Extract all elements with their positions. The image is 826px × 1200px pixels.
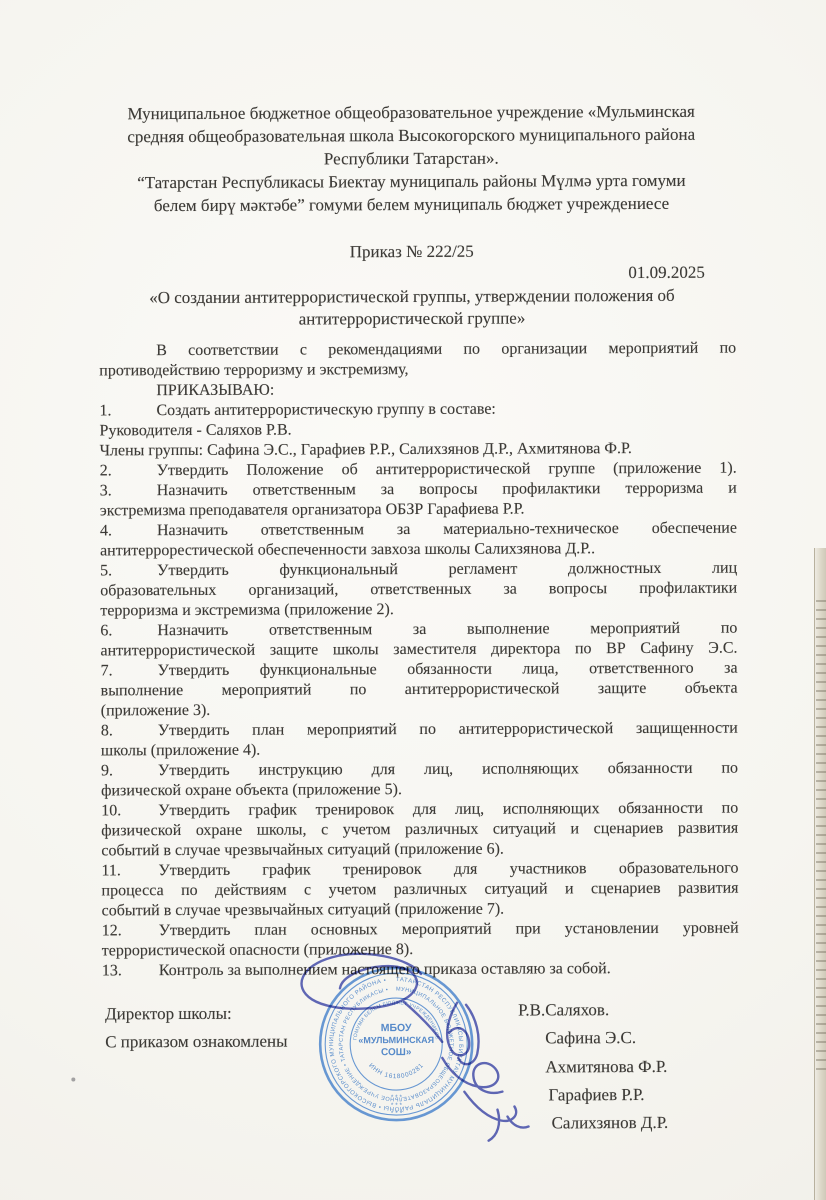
body-line: ПРИКАЗЫВАЮ: <box>99 379 736 402</box>
body-line: физической охране школы, с учетом различ… <box>101 819 738 842</box>
line-text: (приложение 3). <box>101 702 211 719</box>
line-text: Утвердить график тренировок для участник… <box>158 860 738 880</box>
header-line: Республики Татарстан». <box>63 145 759 171</box>
body-line: 3.Назначить ответственным за вопросы про… <box>100 479 737 502</box>
line-text: антитеррорестической обеспеченности завх… <box>100 540 595 559</box>
stamp-inn-text: ИНН 1618000281 <box>367 1062 425 1081</box>
acknowledged-name: Салихзянов Д.Р. <box>552 1113 669 1134</box>
line-text: ПРИКАЗЫВАЮ: <box>156 382 274 400</box>
subject-line: «О создании антитеррористической группы,… <box>64 284 760 309</box>
line-text: Утвердить Положение об антитеррористичес… <box>157 460 737 480</box>
body-line: террористической опасности (приложение 8… <box>102 939 739 962</box>
line-text: Назначить ответственным за вопросы профи… <box>157 480 737 500</box>
body-line: антитеррорестической обеспеченности завх… <box>100 539 737 562</box>
body-line: 10.Утвердить график тренировок для лиц, … <box>101 799 738 822</box>
acknowledged-name: Сафина Э.С. <box>545 1028 636 1048</box>
line-text: Утвердить функциональный регламент должн… <box>157 560 737 580</box>
order-date: 01.09.2025 <box>628 263 705 283</box>
line-text: образовательных организаций, ответственн… <box>100 580 737 600</box>
item-number: 1. <box>99 401 156 421</box>
body-line: событий в случае чрезвычайных ситуаций (… <box>102 899 739 922</box>
body-line: Руководителя - Саляхов Р.В. <box>99 419 736 442</box>
document-content: Муниципальное бюджетное общеобразователь… <box>0 0 826 1200</box>
school-round-stamp-icon: ТАТАРСТАН РЕСПУБЛИКАСЫ БИЕКТАУ МУНИЦИПАЛ… <box>311 959 482 1130</box>
line-text: событий в случае чрезвычайных ситуаций (… <box>101 841 504 860</box>
line-text: противодействию терроризму и экстремизму… <box>99 361 408 379</box>
header-line: “Татарстан Республикасы Биектау муниципа… <box>63 168 759 194</box>
body-line: В соответствии с рекомендациями по орган… <box>99 339 736 362</box>
body-line: антитеррористической защите школы замест… <box>100 639 737 662</box>
stamp-stars: * * * <box>391 1110 403 1117</box>
stamp-stars: * * * <box>391 1102 403 1109</box>
acknowledged-name: Гарафиев Р.Р. <box>548 1085 644 1105</box>
item-number: 12. <box>102 921 159 941</box>
svg-text:ИНН 1618000281: ИНН 1618000281 <box>367 1062 425 1081</box>
line-text: терроризма и экстремизма (приложение 2). <box>100 601 394 619</box>
body-line: Члены группы: Сафина Э.С., Гарафиев Р.Р.… <box>100 439 737 462</box>
body-line: 8.Утвердить план мероприятий по антитерр… <box>101 719 738 742</box>
line-text: Создать антитеррористическую группу в со… <box>156 401 496 419</box>
line-text: Члены группы: Сафина Э.С., Гарафиев Р.Р.… <box>100 440 632 459</box>
line-text: Утвердить план мероприятий по антитеррор… <box>158 720 738 740</box>
header-line: средняя общеобразовательная школа Высоко… <box>63 122 759 148</box>
order-body: В соответствии с рекомендациями по орган… <box>99 339 739 982</box>
item-number: 2. <box>100 461 157 481</box>
item-number: 3. <box>100 481 157 501</box>
stamp-center-name: «МУЛЬМИНСКАЯ <box>358 1035 434 1045</box>
item-number: 8. <box>101 721 158 741</box>
line-text: экстремизма преподавателя организатора О… <box>100 501 525 520</box>
body-line: процесса по действиям с учетом различных… <box>101 879 738 902</box>
item-number: 11. <box>101 861 158 881</box>
body-line: (приложение 3). <box>101 699 738 722</box>
stamp-stars: * * * <box>391 1094 403 1101</box>
header-line: белем бирү мәктәбе” гомуми белем муницип… <box>63 191 759 217</box>
body-line: противодействию терроризму и экстремизму… <box>99 359 736 382</box>
order-subject: «О создании антитеррористической группы,… <box>64 284 760 331</box>
line-text: физической охране объекта (приложение 5)… <box>101 781 402 799</box>
line-text: антитеррористической защите школы замест… <box>100 640 737 660</box>
item-number: 6. <box>100 621 157 641</box>
body-line: 7.Утвердить функциональные обязанности л… <box>101 659 738 682</box>
body-line: 9.Утвердить инструкцию для лиц, исполняю… <box>101 759 738 782</box>
scanned-document-page: Муниципальное бюджетное общеобразователь… <box>0 0 826 1200</box>
body-line: 2.Утвердить Положение об антитеррористич… <box>100 459 737 482</box>
document-header: Муниципальное бюджетное общеобразователь… <box>63 99 759 217</box>
header-line: Муниципальное бюджетное общеобразователь… <box>63 99 759 125</box>
line-text: В соответствии с рекомендациями по орган… <box>156 340 736 360</box>
line-text: физической охране школы, с учетом различ… <box>101 820 738 840</box>
body-line: выполнение мероприятий по антитеррористи… <box>101 679 738 702</box>
body-line: физической охране объекта (приложение 5)… <box>101 779 738 802</box>
body-line: событий в случае чрезвычайных ситуаций (… <box>101 839 738 862</box>
line-text: Руководителя - Саляхов Р.В. <box>99 422 291 440</box>
order-number-title: Приказ № 222/25 <box>64 240 760 263</box>
item-number: 9. <box>101 761 158 781</box>
line-text: Назначить ответственным за материально-т… <box>157 520 737 540</box>
body-line: 4.Назначить ответственным за материально… <box>100 519 737 542</box>
stamp-center-abbr: МБОУ <box>381 1022 412 1034</box>
acknowledged-label: С приказом ознакомлены <box>105 1032 287 1053</box>
item-number: 7. <box>101 661 158 681</box>
acknowledged-name: Ахмитянова Ф.Р. <box>545 1057 667 1078</box>
director-label: Директор школы: <box>105 1004 232 1025</box>
item-number: 4. <box>100 521 157 541</box>
line-text: школы (приложение 4). <box>101 742 260 760</box>
body-line: образовательных организаций, ответственн… <box>100 579 737 602</box>
body-line: 6.Назначить ответственным за выполнение … <box>100 619 737 642</box>
body-line: 5.Утвердить функциональный регламент дол… <box>100 559 737 582</box>
item-number: 10. <box>101 801 158 821</box>
line-text: Назначить ответственным за выполнение ме… <box>157 620 737 640</box>
body-line: 11.Утвердить график тренировок для участ… <box>101 859 738 882</box>
body-line: терроризма и экстремизма (приложение 2). <box>100 599 737 622</box>
item-number: 5. <box>100 561 157 581</box>
item-number: 13. <box>102 961 159 981</box>
line-text: Утвердить инструкцию для лиц, исполняющи… <box>158 760 738 780</box>
body-line: школы (приложение 4). <box>101 739 738 762</box>
line-text: Утвердить функциональные обязанности лиц… <box>158 660 738 680</box>
line-text: выполнение мероприятий по антитеррористи… <box>101 680 738 700</box>
stray-mark <box>71 1077 75 1081</box>
body-line: экстремизма преподавателя организатора О… <box>100 499 737 522</box>
stamp-center-name2: СОШ» <box>381 1047 412 1058</box>
subject-line: антитеррористической группе» <box>64 306 760 331</box>
line-text: Утвердить график тренировок для лиц, исп… <box>158 800 738 820</box>
line-text: террористической опасности (приложение 8… <box>102 941 413 959</box>
director-name: Р.В.Саляхов. <box>518 1000 609 1020</box>
body-line: 12.Утвердить план основных мероприятий п… <box>102 919 739 942</box>
line-text: процесса по действиям с учетом различных… <box>101 880 738 900</box>
body-line: 1.Создать антитеррористическую группу в … <box>99 399 736 422</box>
line-text: событий в случае чрезвычайных ситуаций (… <box>102 901 505 920</box>
line-text: Утвердить план основных мероприятий при … <box>159 920 739 940</box>
